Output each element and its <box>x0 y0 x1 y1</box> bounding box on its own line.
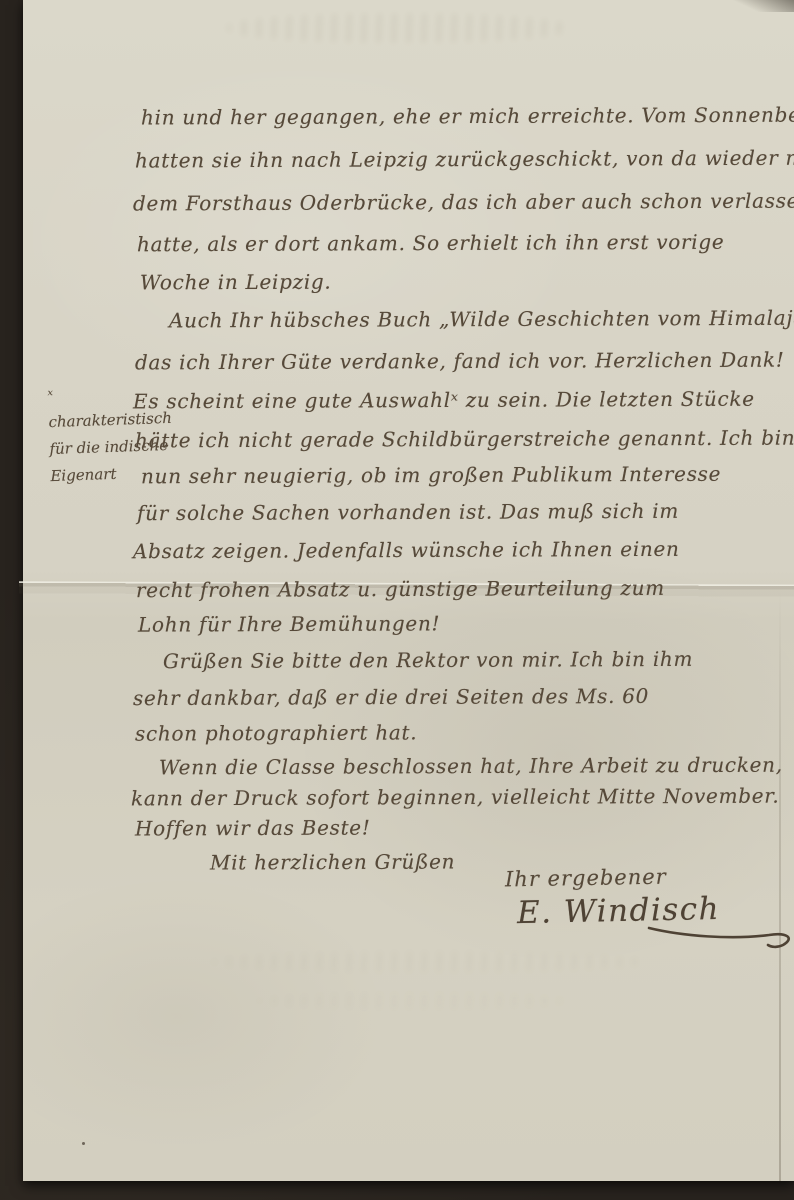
handwriting-line: hätte ich nicht gerade Schildbürgerstrei… <box>135 426 794 453</box>
corner-shadow <box>724 0 794 12</box>
ink-bleed-through <box>213 952 643 972</box>
handwriting-line: das ich Ihrer Güte verdanke, fand ich vo… <box>135 348 785 375</box>
closing-line: Mit herzlichen Grüßen <box>210 849 455 874</box>
paper-speck <box>82 1142 85 1145</box>
signoff: Ihr ergebener <box>505 865 667 892</box>
handwriting-line: Grüßen Sie bitte den Rektor von mir. Ich… <box>163 647 693 673</box>
ink-bleed-through <box>258 993 568 1009</box>
letter-scan: ˣ charakteristisch für die indische Eige… <box>0 0 794 1200</box>
handwriting-line: Hoffen wir das Beste! <box>135 815 371 840</box>
handwriting-line: hatten sie ihn nach Leipzig zurückgeschi… <box>135 145 794 172</box>
handwriting-line: hin und her gegangen, ehe er mich erreic… <box>141 103 794 130</box>
handwriting-line: sehr dankbar, daß er die drei Seiten des… <box>133 684 649 710</box>
handwriting-line: für solche Sachen vorhanden ist. Das muß… <box>137 499 679 525</box>
handwriting-line: Es scheint eine gute Auswahlˣ zu sein. D… <box>133 387 755 414</box>
handwriting-line: kann der Druck sofort beginnen, vielleic… <box>131 784 779 811</box>
handwriting-line: Wenn die Classe beschlossen hat, Ihre Ar… <box>159 753 783 780</box>
handwriting-line: recht frohen Absatz u. günstige Beurteil… <box>136 576 665 602</box>
handwriting-line: hatte, als er dort ankam. So erhielt ich… <box>137 230 725 257</box>
handwriting-line: dem Forsthaus Oderbrücke, das ich aber a… <box>133 189 794 216</box>
signature-flourish <box>647 912 794 956</box>
handwriting-line: Woche in Leipzig. <box>140 270 332 295</box>
handwriting-line: Auch Ihr hübsches Buch „Wilde Geschichte… <box>169 306 794 333</box>
handwriting-line: nun sehr neugierig, ob im großen Publiku… <box>141 462 721 489</box>
handwriting-line: Lohn für Ihre Bemühungen! <box>138 611 440 636</box>
paper-edge-line <box>779 0 781 1181</box>
ink-bleed-through <box>228 14 568 42</box>
letter-paper: ˣ charakteristisch für die indische Eige… <box>23 0 794 1181</box>
handwriting-line: schon photographiert hat. <box>135 720 417 745</box>
handwriting-line: Absatz zeigen. Jedenfalls wünsche ich Ih… <box>133 537 680 563</box>
